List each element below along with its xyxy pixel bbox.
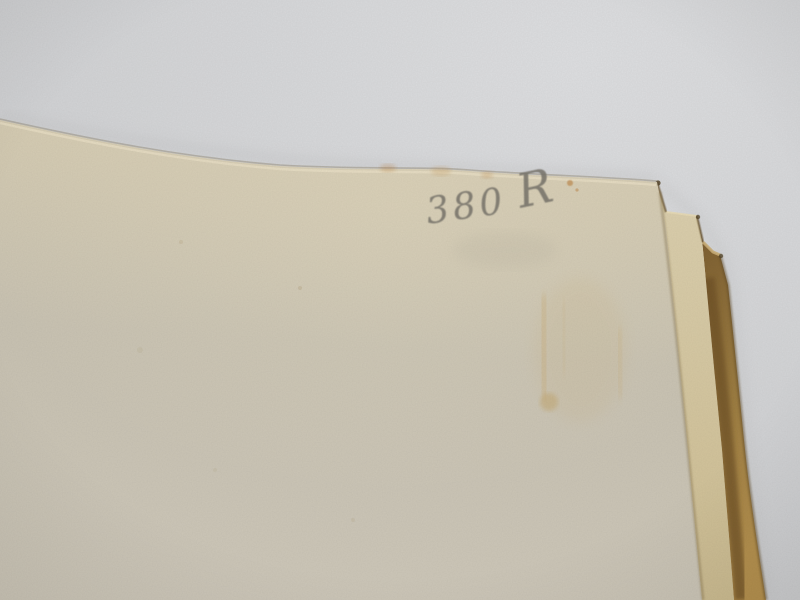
book-photo-canvas: 380 R: [0, 0, 800, 600]
book-photo: 380 R: [0, 0, 800, 600]
grain-overlay: [0, 0, 800, 600]
